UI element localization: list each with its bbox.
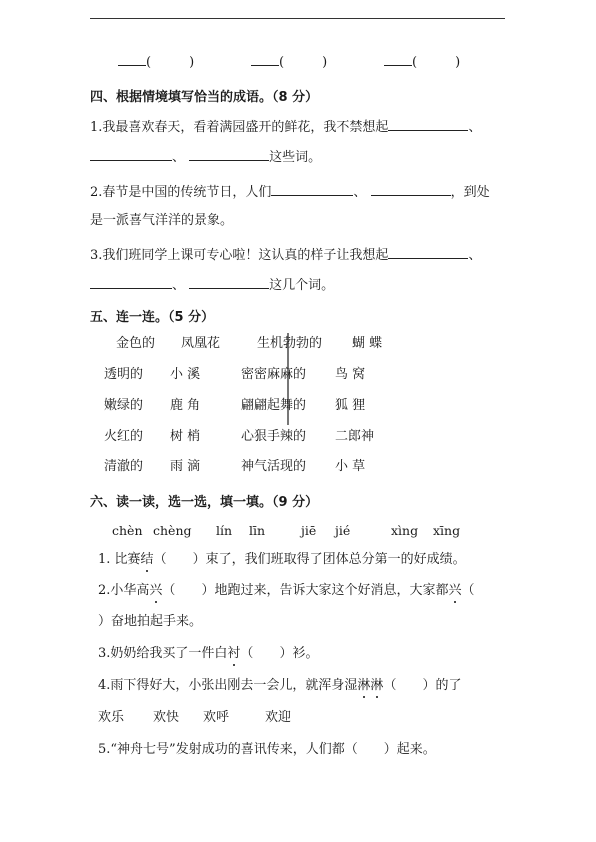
pinyin-7: xìng [391, 523, 418, 538]
paren-close: ) [455, 55, 460, 70]
section-4-title: 四、根据情境填写恰当的成语。（8 分） [90, 86, 318, 105]
answer-blank[interactable] [251, 53, 279, 66]
question-text: 2.小华高 [98, 583, 149, 598]
pinyin-4: līn [249, 523, 265, 538]
emphasis-char: 淋 [370, 678, 383, 694]
match-col2-item[interactable]: 鹿 角 [170, 398, 200, 414]
match-col2-item[interactable]: 小 溪 [170, 367, 200, 383]
paren-close: ) [189, 55, 194, 70]
top-blank-3: () [384, 53, 460, 71]
emphasis-char: 结 [141, 552, 154, 568]
match-col1-item[interactable]: 嫩绿的 [104, 398, 143, 414]
s6-option-4: 欢迎 [265, 710, 291, 726]
separator: 、 [468, 120, 481, 135]
question-text: 5.“神舟七号”发射成功的喜讯传来，人们都 [98, 742, 345, 757]
match-col1-item[interactable]: 火红的 [104, 429, 143, 445]
question-text: 的了 [435, 678, 461, 693]
emphasis-char: 淋 [357, 678, 370, 694]
s4-q3-line2: 、 这几个词。 [90, 276, 334, 294]
match-col4-item[interactable]: 鸟 窝 [335, 367, 365, 383]
answer-blank[interactable] [388, 118, 468, 131]
s6-q5: 5.“神舟七号”发射成功的喜讯传来，人们都（）起来。 [98, 742, 436, 758]
match-col3-item[interactable]: 生机勃勃的 [257, 336, 322, 352]
separator: 、 [468, 248, 481, 263]
match-col3-item[interactable]: 密密麻麻的 [241, 367, 306, 383]
top-blank-1: () [118, 53, 194, 71]
s4-q1-line2: 、 这些词。 [90, 148, 321, 166]
s4-q2-line2: 是一派喜气洋洋的景象。 [90, 213, 233, 229]
match-col3-item[interactable]: 翩翩起舞的 [241, 398, 306, 414]
match-col4-item[interactable]: 狐 狸 [335, 398, 365, 414]
paren-close: ） [422, 678, 435, 693]
answer-blank[interactable] [90, 276, 172, 289]
match-col3-item[interactable]: 心狠手辣的 [241, 429, 306, 445]
match-col3-item[interactable]: 神气活现的 [241, 459, 306, 475]
match-col4-item[interactable]: 二郎神 [335, 429, 374, 445]
paren-close: ） [279, 646, 292, 661]
s6-q4: 4.雨下得好大，小张出刚去一会儿，就浑身湿淋淋（）的了 [98, 678, 461, 694]
s6-option-1: 欢乐 [98, 710, 124, 726]
paren-open: ( [279, 55, 284, 70]
paren-open: ( [146, 55, 151, 70]
header-rule [90, 18, 505, 19]
question-text: 1.我最喜欢春天，看着满园盛开的鲜花，我不禁想起 [90, 120, 388, 135]
s6-q3: 3.奶奶给我买了一件白衬（）衫。 [98, 646, 318, 662]
pinyin-2: chèng [153, 523, 192, 538]
s4-q3-line1: 3.我们班同学上课可专心啦！这认真的样子让我想起、 [90, 246, 481, 264]
paren-close: ） [384, 742, 397, 757]
paren-close: ） [193, 552, 206, 567]
s6-q2-line1: 2.小华高兴（）地跑过来，告诉大家这个好消息，大家都兴（ [98, 583, 475, 599]
paren-open: （ [345, 742, 358, 757]
question-text: 1. 比赛 [98, 552, 141, 567]
question-text: 地跑过来，告诉大家这个好消息，大家都 [214, 583, 448, 598]
pinyin-5: jiē [301, 523, 316, 538]
separator: 、 [353, 185, 366, 200]
match-col4-item[interactable]: 小 草 [335, 459, 365, 475]
emphasis-char: 衬 [227, 646, 240, 662]
match-col4-item[interactable]: 蝴 蝶 [352, 336, 382, 352]
paren-open: （ [162, 583, 175, 598]
paren-open: （ [240, 646, 253, 661]
question-text: 奋地拍起手来。 [111, 614, 202, 629]
question-text: 2.春节是中国的传统节日，人们 [90, 185, 271, 200]
pinyin-3: lín [216, 523, 232, 538]
answer-blank[interactable] [189, 276, 269, 289]
answer-blank[interactable] [271, 183, 353, 196]
separator: 、 [172, 150, 185, 165]
pinyin-1: chèn [112, 523, 143, 538]
paren-open: （ [461, 583, 474, 598]
answer-blank[interactable] [118, 53, 146, 66]
answer-blank[interactable] [189, 148, 269, 161]
paren-open: （ [383, 678, 396, 693]
separator: 、 [172, 278, 185, 293]
match-col2-item[interactable]: 树 梢 [170, 429, 200, 445]
pinyin-6: jié [335, 523, 350, 538]
answer-blank[interactable] [388, 246, 468, 259]
question-text: 3.奶奶给我买了一件白 [98, 646, 227, 661]
match-col1-item[interactable]: 金色的 [116, 336, 155, 352]
match-col1-item[interactable]: 透明的 [104, 367, 143, 383]
emphasis-char: 兴 [448, 583, 461, 599]
s6-q2-line2: ）奋地拍起手来。 [98, 614, 202, 630]
answer-blank[interactable] [384, 53, 412, 66]
s4-q2-line1: 2.春节是中国的传统节日，人们、 ，到处 [90, 183, 490, 201]
question-text: 4.雨下得好大，小张出刚去一会儿，就浑身湿 [98, 678, 357, 693]
section-6-title: 六、读一读，选一选，填一填。（9 分） [90, 491, 318, 510]
question-text: ，到处 [451, 185, 490, 200]
question-text: 3.我们班同学上课可专心啦！这认真的样子让我想起 [90, 248, 388, 263]
answer-blank[interactable] [371, 183, 451, 196]
question-text: 这几个词。 [269, 278, 334, 293]
match-col1-item[interactable]: 清澈的 [104, 459, 143, 475]
match-col2-item[interactable]: 雨 滴 [170, 459, 200, 475]
question-text: 起来。 [397, 742, 436, 757]
s6-option-3: 欢呼 [203, 710, 229, 726]
question-text: 这些词。 [269, 150, 321, 165]
top-blank-2: () [251, 53, 327, 71]
section-5-title: 五、连一连。（5 分） [90, 306, 214, 325]
emphasis-char: 兴 [149, 583, 162, 599]
paren-close: ） [201, 583, 214, 598]
match-col2-item[interactable]: 凤凰花 [181, 336, 220, 352]
s4-q1-line1: 1.我最喜欢春天，看着满园盛开的鲜花，我不禁想起、 [90, 118, 481, 136]
question-text: 束了，我们班取得了团体总分第一的好成绩。 [206, 552, 466, 567]
answer-blank[interactable] [90, 148, 172, 161]
s6-option-2: 欢快 [153, 710, 179, 726]
question-text: 衫。 [292, 646, 318, 661]
paren-open: （ [154, 552, 167, 567]
s6-q1: 1. 比赛结（）束了，我们班取得了团体总分第一的好成绩。 [98, 552, 466, 568]
pinyin-8: xīng [433, 523, 460, 538]
paren-close: ) [322, 55, 327, 70]
paren-close: ） [98, 614, 111, 629]
paren-open: ( [412, 55, 417, 70]
